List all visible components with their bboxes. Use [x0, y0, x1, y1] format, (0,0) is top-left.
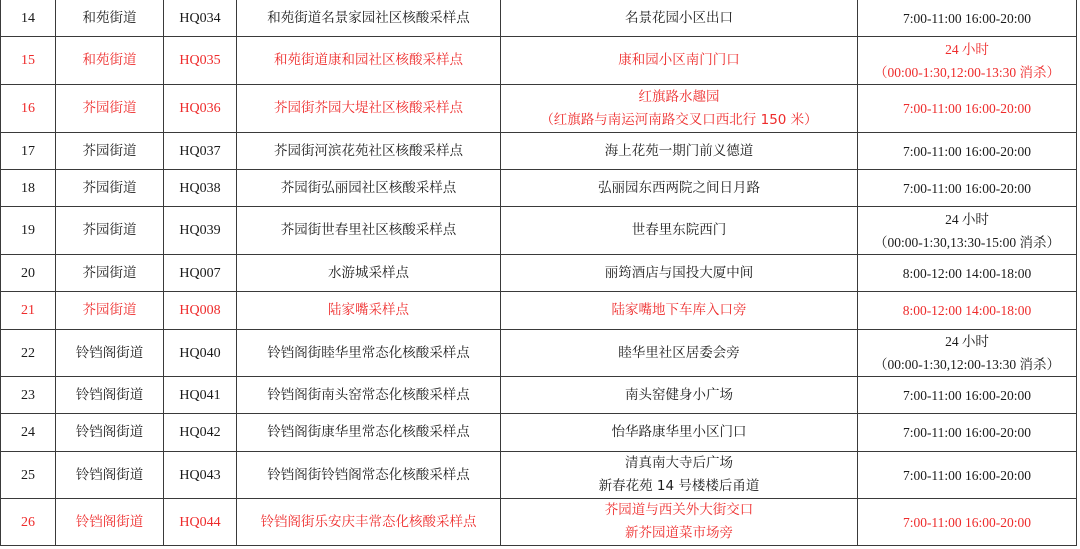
table-row: 25铃铛阁街道HQ043铃铛阁街铃铛阁常态化核酸采样点清真南大寺后广场新春花苑 …: [1, 452, 1077, 499]
site-location: 睦华里社区居委会旁: [501, 330, 858, 377]
location-line: 睦华里社区居委会旁: [505, 342, 853, 365]
site-name: 铃铛阁街乐安庆丰常态化核酸采样点: [237, 499, 501, 546]
row-number: 21: [1, 292, 56, 330]
location-line: 名景花园小区出口: [505, 7, 853, 30]
site-location: 丽筠酒店与国投大厦中间: [501, 255, 858, 292]
site-name: 铃铛阁街铃铛阁常态化核酸采样点: [237, 452, 501, 499]
site-code: HQ042: [164, 414, 237, 452]
sampling-hours: 7:00-11:00 16:00-20:00: [858, 499, 1077, 546]
hours-line: 7:00-11:00 16:00-20:00: [862, 140, 1072, 163]
hours-line: 24 小时: [862, 38, 1072, 61]
location-line: 世春里东院西门: [505, 219, 853, 242]
row-number: 24: [1, 414, 56, 452]
site-location: 芥园道与西关外大街交口新芥园道菜市场旁: [501, 499, 858, 546]
site-code: HQ008: [164, 292, 237, 330]
street-name: 和苑街道: [56, 0, 164, 37]
street-name: 芥园街道: [56, 85, 164, 133]
row-number: 26: [1, 499, 56, 546]
street-name: 铃铛阁街道: [56, 414, 164, 452]
hours-line: 7:00-11:00 16:00-20:00: [862, 421, 1072, 444]
site-name: 铃铛阁街南头窑常态化核酸采样点: [237, 377, 501, 414]
site-location: 弘丽园东西两院之间日月路: [501, 170, 858, 207]
row-number: 15: [1, 37, 56, 85]
street-name: 芥园街道: [56, 170, 164, 207]
location-line: 弘丽园东西两院之间日月路: [505, 177, 853, 200]
hours-line: 8:00-12:00 14:00-18:00: [862, 262, 1072, 285]
sampling-hours: 7:00-11:00 16:00-20:00: [858, 0, 1077, 37]
table-row: 22铃铛阁街道HQ040铃铛阁街睦华里常态化核酸采样点睦华里社区居委会旁24 小…: [1, 330, 1077, 377]
sampling-hours: 7:00-11:00 16:00-20:00: [858, 377, 1077, 414]
site-location: 怡华路康华里小区门口: [501, 414, 858, 452]
table-row: 18芥园街道HQ038芥园街弘丽园社区核酸采样点弘丽园东西两院之间日月路7:00…: [1, 170, 1077, 207]
sampling-hours: 7:00-11:00 16:00-20:00: [858, 133, 1077, 170]
table-row: 17芥园街道HQ037芥园街河滨花苑社区核酸采样点海上花苑一期门前义德道7:00…: [1, 133, 1077, 170]
site-location: 红旗路水趣园（红旗路与南运河南路交叉口西北行 150 米）: [501, 85, 858, 133]
row-number: 25: [1, 452, 56, 499]
table-row: 21芥园街道HQ008陆家嘴采样点陆家嘴地下车库入口旁8:00-12:00 14…: [1, 292, 1077, 330]
site-name: 芥园街河滨花苑社区核酸采样点: [237, 133, 501, 170]
site-code: HQ036: [164, 85, 237, 133]
street-name: 铃铛阁街道: [56, 499, 164, 546]
hours-line: （00:00-1:30,13:30-15:00 消杀）: [862, 231, 1072, 254]
site-name: 芥园街世春里社区核酸采样点: [237, 207, 501, 255]
site-code: HQ044: [164, 499, 237, 546]
hours-line: 7:00-11:00 16:00-20:00: [862, 511, 1072, 534]
row-number: 20: [1, 255, 56, 292]
sampling-hours: 7:00-11:00 16:00-20:00: [858, 170, 1077, 207]
site-name: 和苑街道名景家园社区核酸采样点: [237, 0, 501, 37]
row-number: 16: [1, 85, 56, 133]
location-line: 陆家嘴地下车库入口旁: [505, 299, 853, 322]
site-code: HQ035: [164, 37, 237, 85]
location-line: 怡华路康华里小区门口: [505, 421, 853, 444]
site-name: 铃铛阁街睦华里常态化核酸采样点: [237, 330, 501, 377]
table-row: 20芥园街道HQ007水游城采样点丽筠酒店与国投大厦中间8:00-12:00 1…: [1, 255, 1077, 292]
hours-line: 7:00-11:00 16:00-20:00: [862, 97, 1072, 120]
site-name: 铃铛阁街康华里常态化核酸采样点: [237, 414, 501, 452]
hours-line: 7:00-11:00 16:00-20:00: [862, 177, 1072, 200]
row-number: 18: [1, 170, 56, 207]
table-row: 19芥园街道HQ039芥园街世春里社区核酸采样点世春里东院西门24 小时（00:…: [1, 207, 1077, 255]
site-code: HQ007: [164, 255, 237, 292]
site-location: 清真南大寺后广场新春花苑 14 号楼楼后甬道: [501, 452, 858, 499]
site-location: 南头窑健身小广场: [501, 377, 858, 414]
location-line: 新芥园道菜市场旁: [505, 522, 853, 545]
site-code: HQ037: [164, 133, 237, 170]
street-name: 铃铛阁街道: [56, 330, 164, 377]
row-number: 23: [1, 377, 56, 414]
sampling-hours: 24 小时（00:00-1:30,13:30-15:00 消杀）: [858, 207, 1077, 255]
street-name: 芥园街道: [56, 255, 164, 292]
location-line: 新春花苑 14 号楼楼后甬道: [505, 475, 853, 498]
location-line: 丽筠酒店与国投大厦中间: [505, 262, 853, 285]
table-body: 14和苑街道HQ034和苑街道名景家园社区核酸采样点名景花园小区出口7:00-1…: [1, 0, 1077, 546]
hours-line: 24 小时: [862, 330, 1072, 353]
street-name: 芥园街道: [56, 207, 164, 255]
street-name: 芥园街道: [56, 292, 164, 330]
hours-line: 24 小时: [862, 208, 1072, 231]
sampling-hours: 8:00-12:00 14:00-18:00: [858, 292, 1077, 330]
row-number: 14: [1, 0, 56, 37]
site-code: HQ034: [164, 0, 237, 37]
street-name: 芥园街道: [56, 133, 164, 170]
site-name: 陆家嘴采样点: [237, 292, 501, 330]
sampling-hours: 8:00-12:00 14:00-18:00: [858, 255, 1077, 292]
row-number: 19: [1, 207, 56, 255]
site-name: 水游城采样点: [237, 255, 501, 292]
location-line: 南头窑健身小广场: [505, 384, 853, 407]
row-number: 22: [1, 330, 56, 377]
hours-line: （00:00-1:30,12:00-13:30 消杀）: [862, 61, 1072, 84]
site-location: 名景花园小区出口: [501, 0, 858, 37]
sampling-hours: 7:00-11:00 16:00-20:00: [858, 452, 1077, 499]
table-row: 24铃铛阁街道HQ042铃铛阁街康华里常态化核酸采样点怡华路康华里小区门口7:0…: [1, 414, 1077, 452]
table-row: 23铃铛阁街道HQ041铃铛阁街南头窑常态化核酸采样点南头窑健身小广场7:00-…: [1, 377, 1077, 414]
site-location: 康和园小区南门门口: [501, 37, 858, 85]
hours-line: 7:00-11:00 16:00-20:00: [862, 384, 1072, 407]
location-line: 康和园小区南门门口: [505, 49, 853, 72]
sampling-hours: 24 小时（00:00-1:30,12:00-13:30 消杀）: [858, 37, 1077, 85]
location-line: 芥园道与西关外大街交口: [505, 499, 853, 522]
location-line: 海上花苑一期门前义德道: [505, 140, 853, 163]
hours-line: 8:00-12:00 14:00-18:00: [862, 299, 1072, 322]
site-code: HQ039: [164, 207, 237, 255]
sampling-sites-table: 14和苑街道HQ034和苑街道名景家园社区核酸采样点名景花园小区出口7:00-1…: [0, 0, 1077, 546]
hours-line: （00:00-1:30,12:00-13:30 消杀）: [862, 353, 1072, 376]
table-row: 26铃铛阁街道HQ044铃铛阁街乐安庆丰常态化核酸采样点芥园道与西关外大街交口新…: [1, 499, 1077, 546]
sampling-hours: 24 小时（00:00-1:30,12:00-13:30 消杀）: [858, 330, 1077, 377]
location-line: 红旗路水趣园: [505, 86, 853, 109]
table-row: 14和苑街道HQ034和苑街道名景家园社区核酸采样点名景花园小区出口7:00-1…: [1, 0, 1077, 37]
site-code: HQ040: [164, 330, 237, 377]
site-location: 世春里东院西门: [501, 207, 858, 255]
site-code: HQ038: [164, 170, 237, 207]
street-name: 铃铛阁街道: [56, 377, 164, 414]
site-name: 和苑街道康和园社区核酸采样点: [237, 37, 501, 85]
site-name: 芥园街芥园大堤社区核酸采样点: [237, 85, 501, 133]
row-number: 17: [1, 133, 56, 170]
site-name: 芥园街弘丽园社区核酸采样点: [237, 170, 501, 207]
location-line: （红旗路与南运河南路交叉口西北行 150 米）: [505, 109, 853, 132]
site-location: 海上花苑一期门前义德道: [501, 133, 858, 170]
street-name: 和苑街道: [56, 37, 164, 85]
hours-line: 7:00-11:00 16:00-20:00: [862, 7, 1072, 30]
location-line: 清真南大寺后广场: [505, 452, 853, 475]
site-location: 陆家嘴地下车库入口旁: [501, 292, 858, 330]
sampling-hours: 7:00-11:00 16:00-20:00: [858, 414, 1077, 452]
site-code: HQ043: [164, 452, 237, 499]
table-row: 16芥园街道HQ036芥园街芥园大堤社区核酸采样点红旗路水趣园（红旗路与南运河南…: [1, 85, 1077, 133]
site-code: HQ041: [164, 377, 237, 414]
hours-line: 7:00-11:00 16:00-20:00: [862, 464, 1072, 487]
street-name: 铃铛阁街道: [56, 452, 164, 499]
sampling-hours: 7:00-11:00 16:00-20:00: [858, 85, 1077, 133]
table-row: 15和苑街道HQ035和苑街道康和园社区核酸采样点康和园小区南门门口24 小时（…: [1, 37, 1077, 85]
